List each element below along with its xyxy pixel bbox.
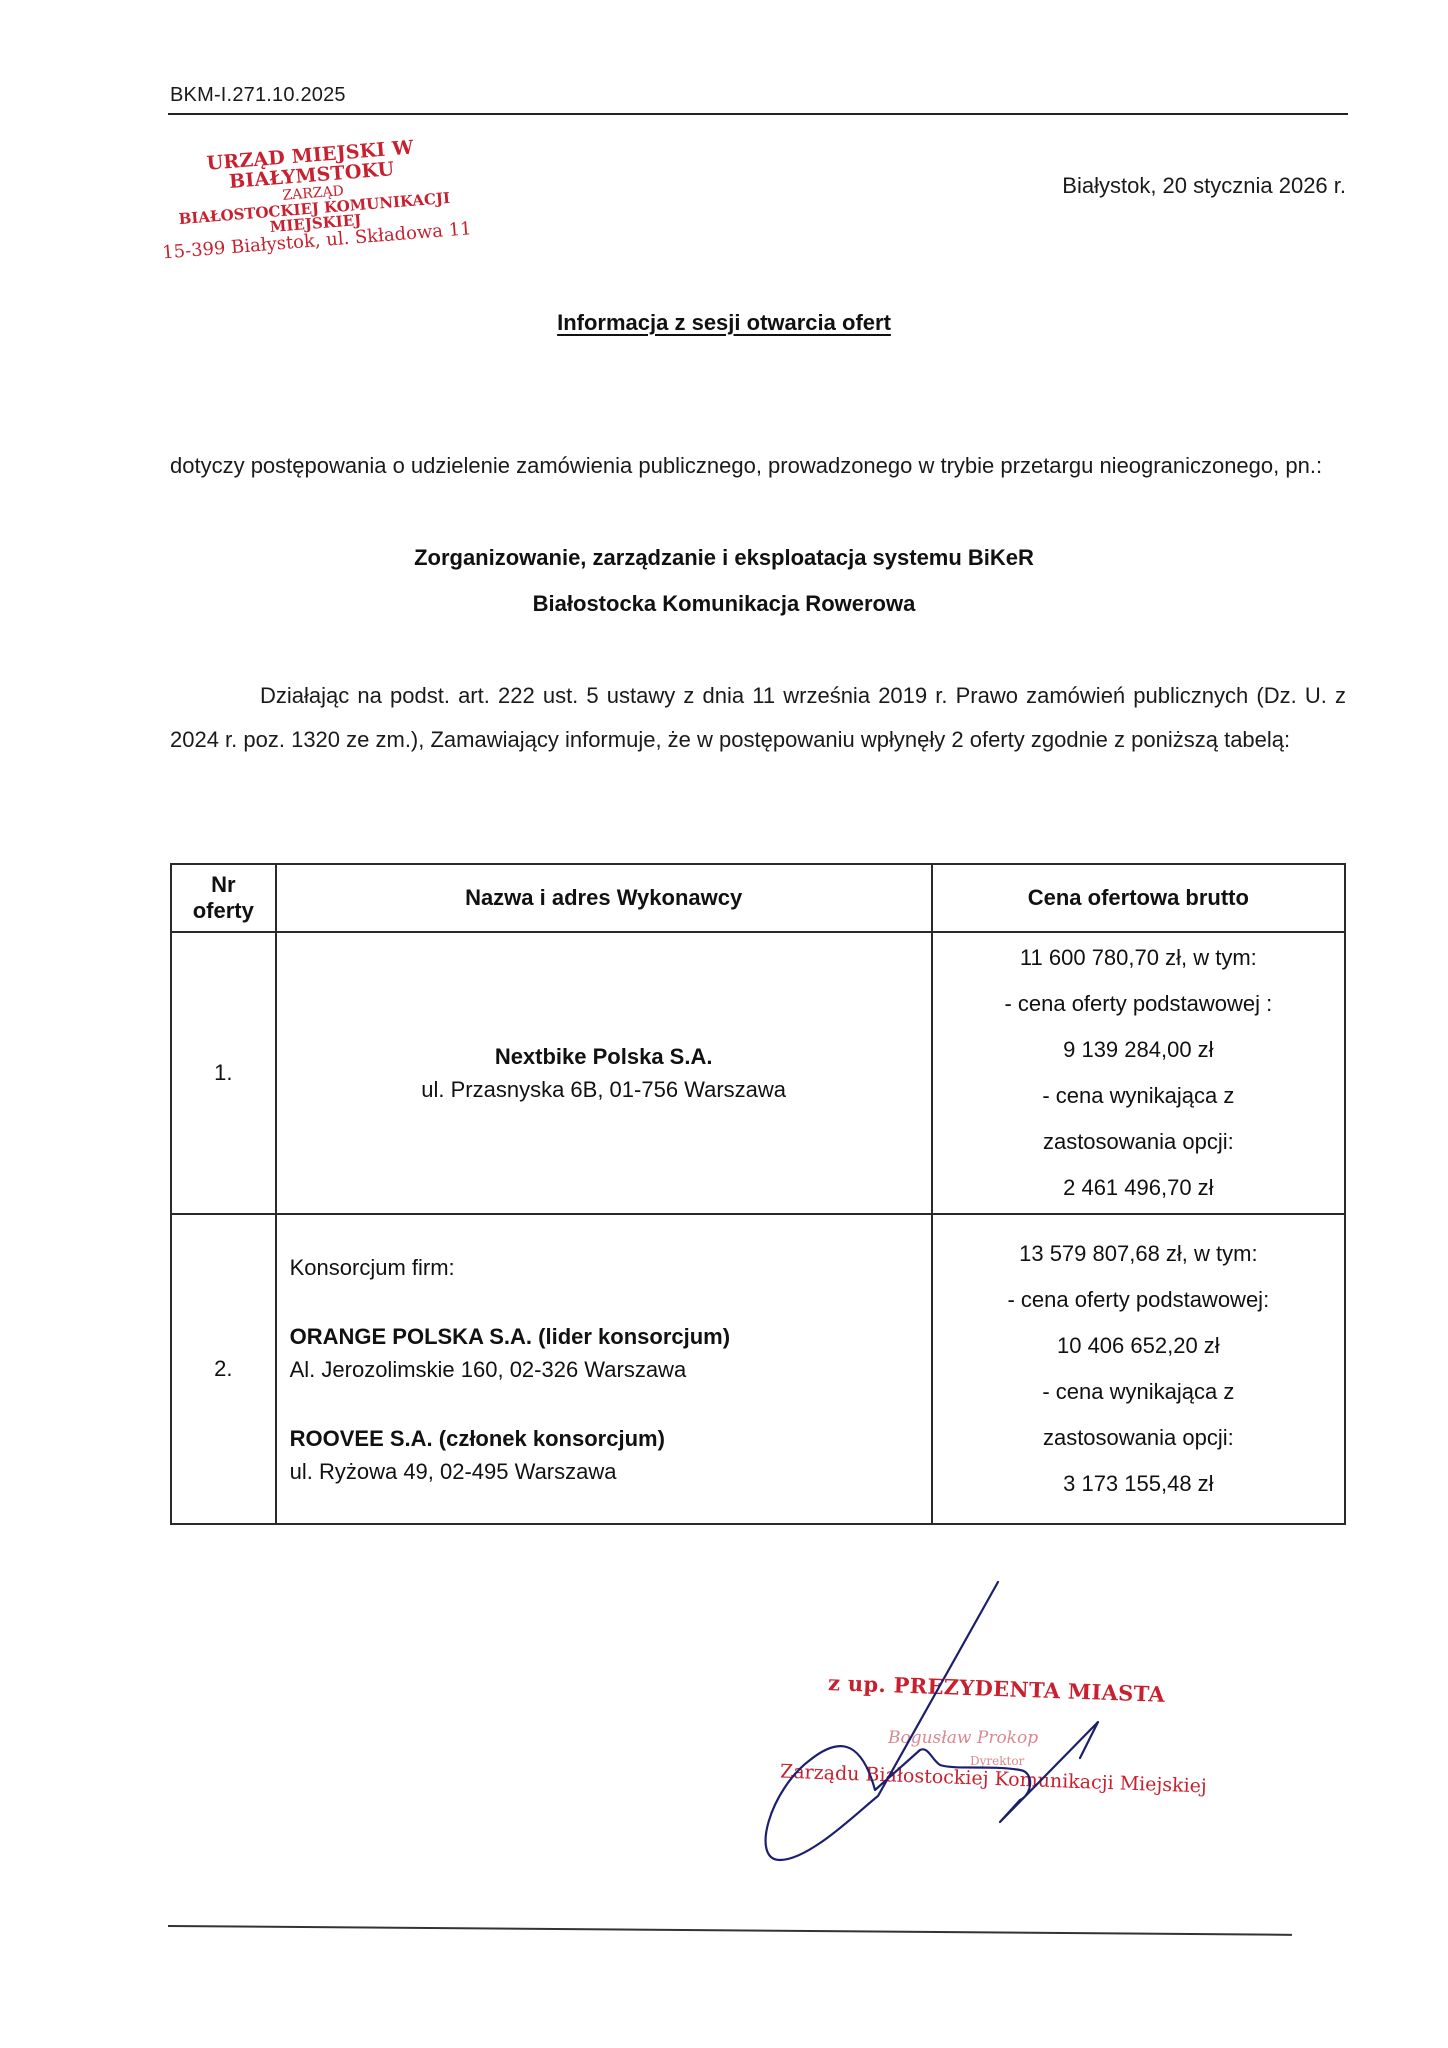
contractor-address: ul. Przasnyska 6B, 01-756 Warszawa (278, 1073, 930, 1106)
contractor-name: Nextbike Polska S.A. (278, 1040, 930, 1073)
header-offer-number-line1: Nr (173, 872, 274, 898)
price-total: 11 600 780,70 zł, w tym: (933, 935, 1344, 981)
table-row: 2. Konsorcjum firm: ORANGE POLSKA S.A. (… (171, 1214, 1345, 1524)
price-basic-value: 9 139 284,00 zł (933, 1027, 1344, 1073)
consortium-leader-address: Al. Jerozolimskie 160, 02-326 Warszawa (290, 1353, 930, 1386)
consortium-member-address: ul. Ryżowa 49, 02-495 Warszawa (290, 1455, 930, 1488)
subject-line-2: Białostocka Komunikacja Rowerowa (0, 581, 1448, 627)
offer-number: 1. (171, 932, 276, 1214)
consortium-leader-name: ORANGE POLSKA S.A. (lider konsorcjum) (290, 1320, 930, 1353)
handwritten-signature-icon (750, 1560, 1210, 1890)
contractor-cell: Nextbike Polska S.A. ul. Przasnyska 6B, … (276, 932, 932, 1214)
price-option-label-1: - cena wynikająca z (933, 1369, 1344, 1415)
consortium-label: Konsorcjum firm: (290, 1251, 930, 1284)
price-cell: 13 579 807,68 zł, w tym: - cena oferty p… (932, 1214, 1345, 1524)
offer-number: 2. (171, 1214, 276, 1524)
reference-number: BKM-I.271.10.2025 (170, 84, 346, 107)
consortium-member-name: ROOVEE S.A. (członek konsorcjum) (290, 1422, 930, 1455)
place-and-date: Białystok, 20 stycznia 2026 r. (1062, 173, 1346, 199)
header-divider (168, 113, 1348, 115)
price-option-label-2: zastosowania opcji: (933, 1119, 1344, 1165)
price-basic-label: - cena oferty podstawowej : (933, 981, 1344, 1027)
price-option-value: 3 173 155,48 zł (933, 1461, 1344, 1507)
price-total: 13 579 807,68 zł, w tym: (933, 1231, 1344, 1277)
office-stamp: URZĄD MIEJSKI W BIAŁYMSTOKU ZARZĄD BIAŁO… (140, 133, 487, 264)
price-option-label-2: zastosowania opcji: (933, 1415, 1344, 1461)
price-option-value: 2 461 496,70 zł (933, 1165, 1344, 1211)
price-option-label-1: - cena wynikająca z (933, 1073, 1344, 1119)
procurement-subject: Zorganizowanie, zarządzanie i eksploatac… (0, 535, 1448, 627)
subject-line-1: Zorganizowanie, zarządzanie i eksploatac… (0, 535, 1448, 581)
contractor-cell: Konsorcjum firm: ORANGE POLSKA S.A. (lid… (276, 1214, 932, 1524)
header-price: Cena ofertowa brutto (932, 864, 1345, 932)
header-offer-number-line2: oferty (173, 898, 274, 924)
table-header-row: Nr oferty Nazwa i adres Wykonawcy Cena o… (171, 864, 1345, 932)
table-row: 1. Nextbike Polska S.A. ul. Przasnyska 6… (171, 932, 1345, 1214)
price-cell: 11 600 780,70 zł, w tym: - cena oferty p… (932, 932, 1345, 1214)
header-contractor: Nazwa i adres Wykonawcy (276, 864, 932, 932)
price-basic-value: 10 406 652,20 zł (933, 1323, 1344, 1369)
price-basic-label: - cena oferty podstawowej: (933, 1277, 1344, 1323)
footer-divider (168, 1925, 1292, 1936)
header-offer-number: Nr oferty (171, 864, 276, 932)
offers-table: Nr oferty Nazwa i adres Wykonawcy Cena o… (170, 863, 1346, 1525)
intro-paragraph: dotyczy postępowania o udzielenie zamówi… (170, 444, 1346, 488)
legal-basis-paragraph: Działając na podst. art. 222 ust. 5 usta… (170, 674, 1346, 762)
document-title: Informacja z sesji otwarcia ofert (0, 310, 1448, 336)
